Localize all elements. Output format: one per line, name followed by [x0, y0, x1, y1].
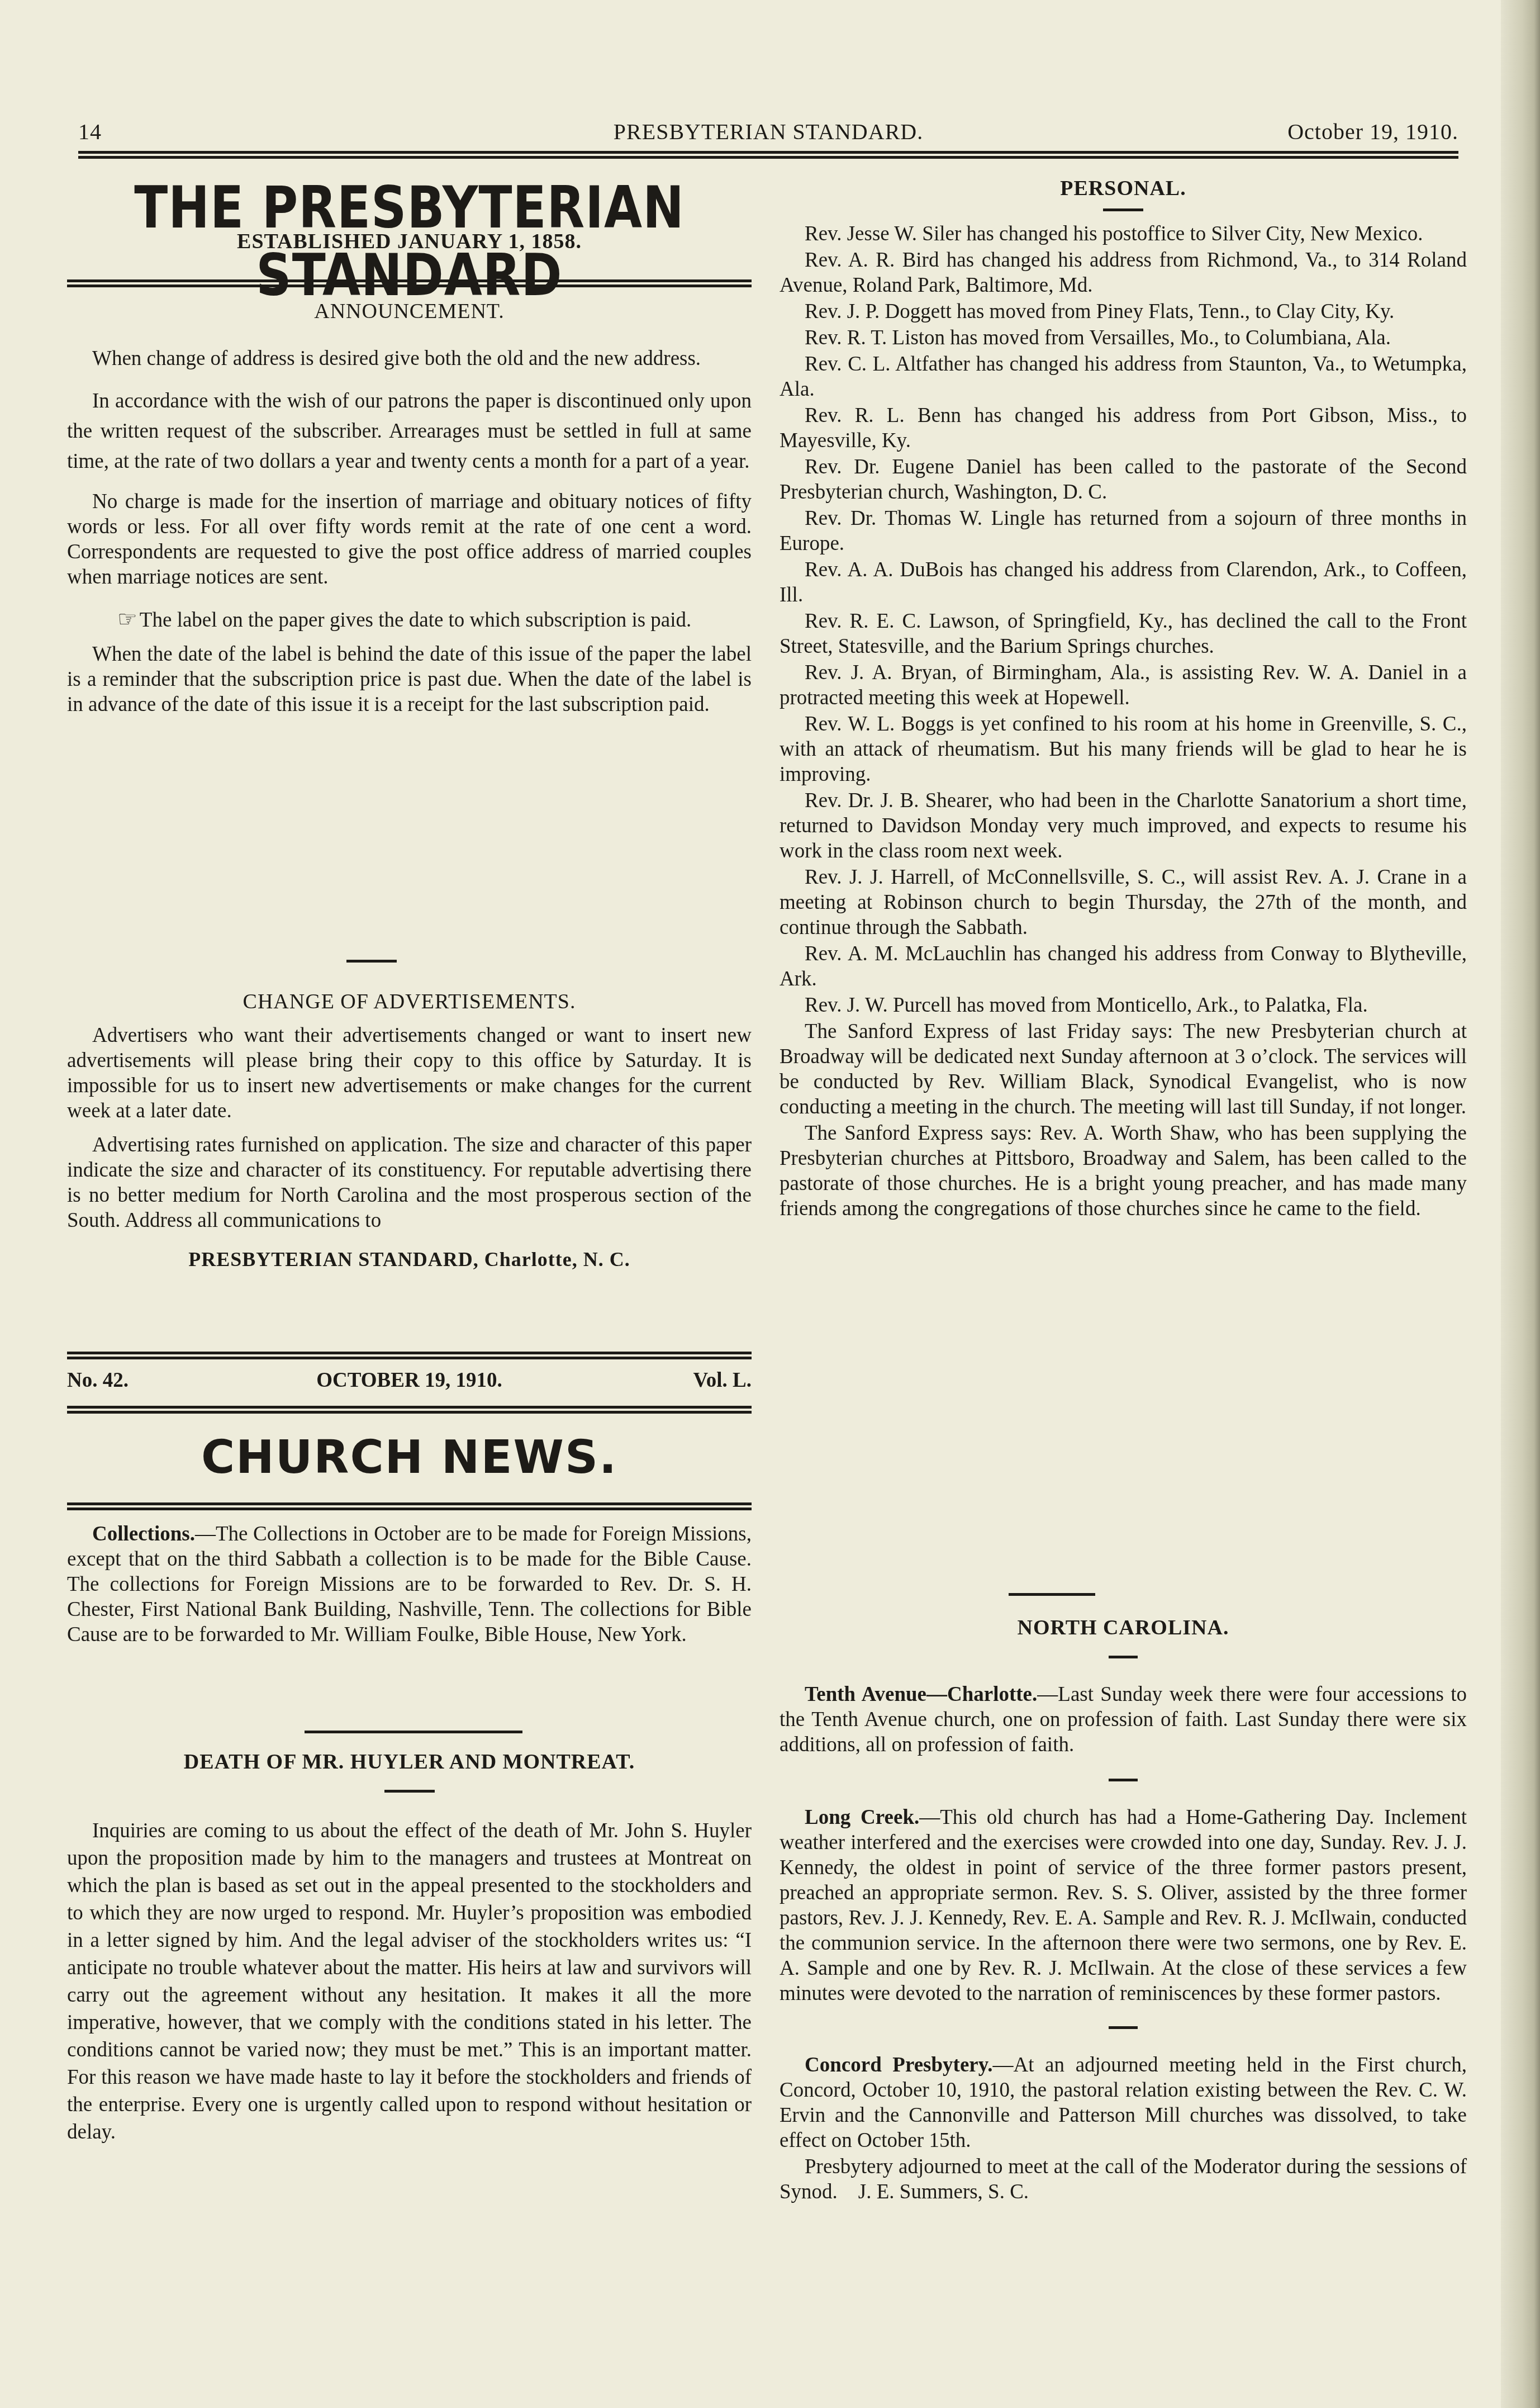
- nc-item: Tenth Avenue—Charlotte.—Last Sunday week…: [779, 1682, 1467, 1757]
- announcement-paragraph-label: ☞The label on the paper gives the date t…: [67, 606, 752, 633]
- heading-underline: [1109, 1656, 1138, 1658]
- item-divider: [1109, 1779, 1138, 1781]
- personal-item: Rev. A. A. DuBois has changed his addres…: [779, 557, 1467, 608]
- church-news-rule: [67, 1502, 752, 1510]
- nc-item-lead: Long Creek.: [805, 1806, 919, 1829]
- huyler-paragraph: Inquiries are coming to us about the eff…: [67, 1817, 752, 2146]
- running-head-date: October 19, 1910.: [1287, 118, 1458, 145]
- mailing-address: PRESBYTERIAN STANDARD, Charlotte, N. C.: [67, 1248, 752, 1271]
- personal-item: Rev. Dr. Eugene Daniel has been called t…: [779, 454, 1467, 505]
- personal-item: The Sanford Express says: Rev. A. Worth …: [779, 1121, 1467, 1221]
- personal-item: Rev. Dr. J. B. Shearer, who had been in …: [779, 788, 1467, 864]
- huyler-section: DEATH OF MR. HUYLER AND MONTREAT. Inquir…: [67, 1750, 752, 2158]
- advertisements-section: CHANGE OF ADVERTISEMENTS. Advertisers wh…: [67, 989, 752, 1271]
- collections-paragraph: Collections.—The Collections in October …: [67, 1521, 752, 1647]
- personal-heading: PERSONAL.: [779, 176, 1467, 201]
- north-carolina-section: NORTH CAROLINA. Tenth Avenue—Charlotte.—…: [779, 1615, 1467, 2206]
- heading-underline: [1103, 208, 1143, 211]
- item-divider: [1109, 2026, 1138, 2029]
- nc-item: Long Creek.—This old church has had a Ho…: [779, 1805, 1467, 2006]
- announcement-section: ANNOUNCEMENT. When change of address is …: [67, 299, 752, 726]
- personal-item: Rev. A. R. Bird has changed his address …: [779, 248, 1467, 298]
- personal-item: Rev. W. L. Boggs is yet confined to his …: [779, 712, 1467, 787]
- personal-item: The Sanford Express of last Friday says:…: [779, 1019, 1467, 1120]
- personal-item: Rev. R. L. Benn has changed his address …: [779, 403, 1467, 453]
- issue-volume: Vol. L.: [693, 1368, 752, 1392]
- personal-item: Rev. J. J. Harrell, of McConnellsville, …: [779, 865, 1467, 940]
- personal-item: Rev. R. T. Liston has moved from Versail…: [779, 325, 1467, 350]
- pointing-hand-icon: ☞: [92, 606, 137, 632]
- masthead-double-rule: [67, 279, 752, 287]
- nc-item-lead: Tenth Avenue—Charlotte.: [805, 1683, 1037, 1706]
- huyler-heading: DEATH OF MR. HUYLER AND MONTREAT.: [67, 1750, 752, 1774]
- north-carolina-heading: NORTH CAROLINA.: [779, 1615, 1467, 1640]
- personal-item: Rev. R. E. C. Lawson, of Springfield, Ky…: [779, 609, 1467, 659]
- section-divider: [346, 960, 397, 963]
- issue-line: No. 42. OCTOBER 19, 1910. Vol. L.: [67, 1368, 752, 1396]
- personal-item: Rev. J. W. Purcell has moved from Montic…: [779, 993, 1467, 1018]
- nc-item: Concord Presbytery.—At an adjourned meet…: [779, 2053, 1467, 2153]
- section-divider: [305, 1731, 522, 1733]
- section-divider: [1009, 1593, 1095, 1596]
- label-note-text: The label on the paper gives the date to…: [140, 609, 691, 632]
- announcement-paragraph: When the date of the label is behind the…: [67, 642, 752, 717]
- announcement-paragraph: When change of address is desired give b…: [67, 344, 752, 374]
- personal-item: Rev. J. A. Bryan, of Birmingham, Ala., i…: [779, 660, 1467, 710]
- heading-underline: [384, 1790, 435, 1793]
- announcement-paragraph: In accordance with the wish of our patro…: [67, 386, 752, 477]
- issue-top-rule: [67, 1352, 752, 1359]
- advertisements-paragraph: Advertising rates furnished on applicati…: [67, 1132, 752, 1233]
- church-news-heading: CHURCH NEWS.: [67, 1431, 752, 1484]
- masthead-established: ESTABLISHED JANUARY 1, 1858.: [67, 229, 752, 254]
- personal-item: Rev. C. L. Altfather has changed his add…: [779, 352, 1467, 402]
- nc-closing: Presbytery adjourned to meet at the call…: [779, 2154, 1467, 2205]
- personal-item: Rev. J. P. Doggett has moved from Piney …: [779, 299, 1467, 324]
- announcement-heading: ANNOUNCEMENT.: [67, 299, 752, 324]
- nc-item-lead: Concord Presbytery.: [805, 2054, 992, 2077]
- collections-section: Collections.—The Collections in October …: [67, 1521, 752, 1648]
- personal-item: Rev. A. M. McLauchlin has changed his ad…: [779, 941, 1467, 992]
- personal-section: PERSONAL. Rev. Jesse W. Siler has change…: [779, 176, 1467, 1222]
- running-head-title: PRESBYTERIAN STANDARD.: [78, 118, 1458, 145]
- issue-bottom-rule: [67, 1406, 752, 1414]
- page-binding-edge: [1501, 0, 1540, 2408]
- issue-date: OCTOBER 19, 1910.: [67, 1368, 752, 1392]
- personal-item: Rev. Dr. Thomas W. Lingle has returned f…: [779, 506, 1467, 556]
- advertisements-paragraph: Advertisers who want their advertisement…: [67, 1023, 752, 1124]
- personal-item: Rev. Jesse W. Siler has changed his post…: [779, 221, 1467, 247]
- collections-lead: Collections.: [92, 1523, 195, 1546]
- header-double-rule: [78, 151, 1458, 159]
- advertisements-heading: CHANGE OF ADVERTISEMENTS.: [67, 989, 752, 1014]
- running-head: 14 PRESBYTERIAN STANDARD. October 19, 19…: [78, 118, 1458, 152]
- nc-item-text: —This old church has had a Home-Gatherin…: [779, 1806, 1467, 2005]
- announcement-paragraph: No charge is made for the insertion of m…: [67, 489, 752, 590]
